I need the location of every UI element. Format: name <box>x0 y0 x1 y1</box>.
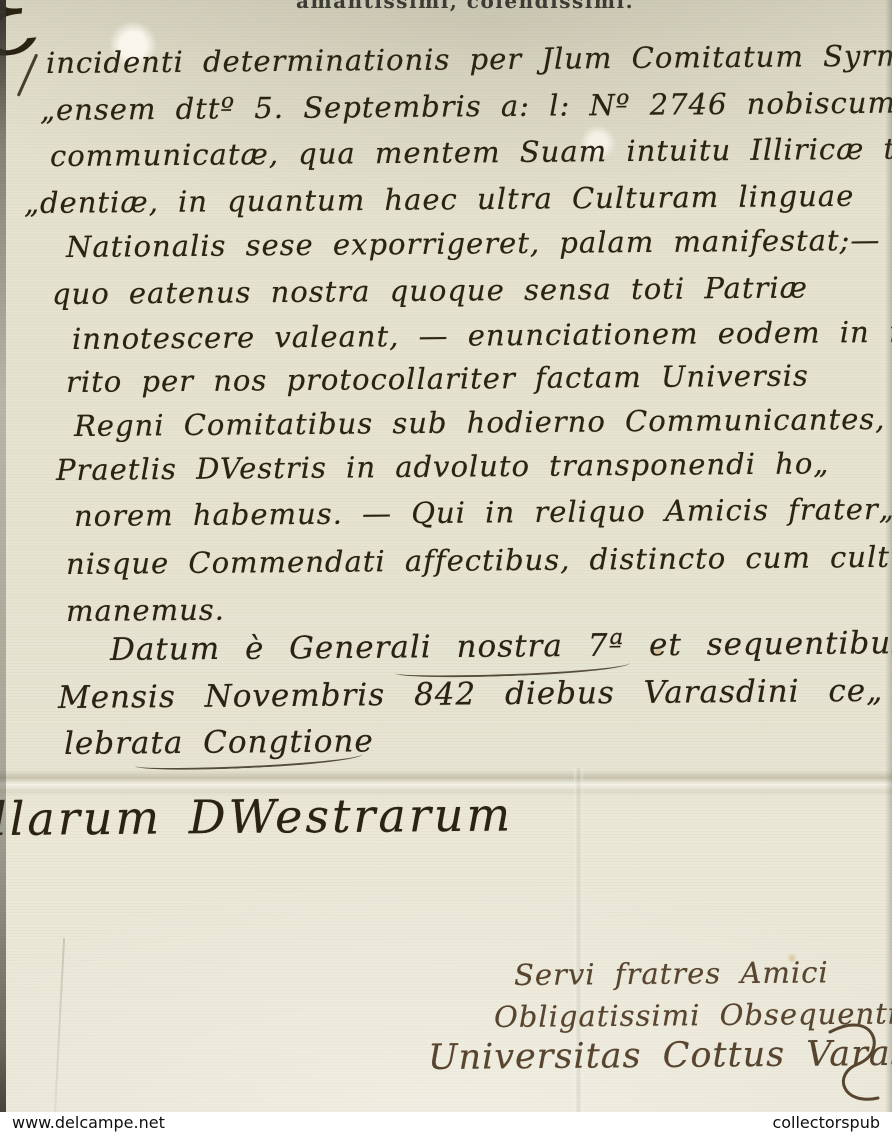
initial-flourish: Ɛ <box>0 0 43 74</box>
handwritten-fragment-line: llarum DWestrarum <box>0 787 513 846</box>
scan-right-edge <box>885 0 892 1133</box>
handwritten-line: Mensis Novembris 842 diebus Varasdini ce… <box>58 673 884 716</box>
handwritten-line: nisque Commendati affectibus, distincto … <box>66 540 892 581</box>
handwritten-line: Praetlis DVestris in advoluto transponen… <box>56 446 830 487</box>
printed-header-fragment: amantissimi, colendissimi. <box>296 0 634 13</box>
left-paper-crease <box>53 938 65 1133</box>
handwritten-line: Datum è Generali nostra 7ª et sequentibu… <box>110 625 892 668</box>
handwritten-line: innotescere valeant, — enunciationem eod… <box>72 314 892 356</box>
handwritten-line: incidenti determinationis per Jlum Comit… <box>46 38 892 80</box>
scan-left-edge <box>0 0 6 1133</box>
handwritten-line: Nationalis sese exporrigeret, palam mani… <box>66 223 881 264</box>
scanned-letter-page: amantissimi, colendissimi. Ɛ incidenti d… <box>0 0 892 1133</box>
handwritten-line: Regni Comitatibus sub hodierno Communica… <box>74 402 886 443</box>
handwritten-line: manemus. <box>66 593 225 628</box>
handwritten-line: norem habemus. — Qui in reliquo Amicis f… <box>74 492 892 533</box>
watermark-bar: www.delcampe.net collectorspub <box>0 1112 892 1133</box>
handwritten-line: quo eatenus nostra quoque sensa toti Pat… <box>52 270 808 311</box>
handwritten-line: „ensem dttº 5. Septembris a: l: Nº 2746 … <box>40 86 892 127</box>
closing-line: Servi fratres Amici <box>514 955 829 992</box>
signature-flourish <box>820 1010 892 1110</box>
handwritten-line: communicatæ, qua mentem Suam intuitu Ill… <box>50 131 892 173</box>
watermark-left-text: www.delcampe.net <box>12 1113 165 1132</box>
handwritten-line: rito per nos protocollariter factam Univ… <box>66 359 809 399</box>
vertical-fold-crease <box>574 768 583 1133</box>
watermark-right-text: collectorspub <box>772 1113 880 1132</box>
printed-header-text: amantissimi, colendissimi. <box>296 0 634 13</box>
handwritten-line: „dentiæ, in quantum haec ultra Culturam … <box>24 179 855 220</box>
